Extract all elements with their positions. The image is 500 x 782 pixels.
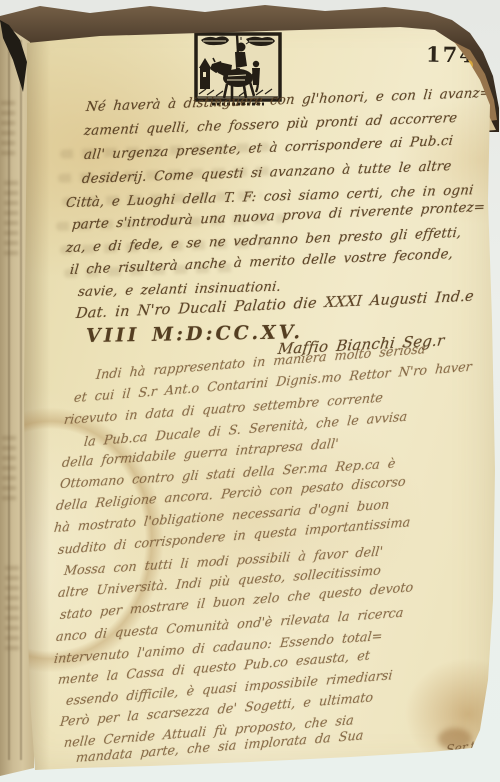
spine-crease <box>20 40 22 760</box>
handwriting-line: desiderij. Come questi si avanzano à tut… <box>81 159 452 187</box>
spine-ink-mark <box>2 430 16 500</box>
handwriting-line: savie, e zelanti insinuationi. <box>77 280 282 300</box>
spine-ink-mark <box>1 95 15 155</box>
tower <box>200 68 210 89</box>
manuscript-page: 174 Né haverà à distinguere con gl'honor… <box>0 0 500 782</box>
handwriting-line: all' urgenza presente, et à corrisponder… <box>83 134 454 163</box>
rider-torso <box>235 52 247 68</box>
year-line: VIII M:D:CC.XV. <box>86 321 303 347</box>
photograph-background: 174 Né haverà à distinguere con gl'honor… <box>0 0 500 782</box>
attendant-head <box>253 61 259 67</box>
spine-ink-mark <box>4 175 18 255</box>
spine-ink-mark <box>5 560 19 650</box>
handwriting-line: Né haverà à distinguere con gl'honori, e… <box>85 86 492 115</box>
